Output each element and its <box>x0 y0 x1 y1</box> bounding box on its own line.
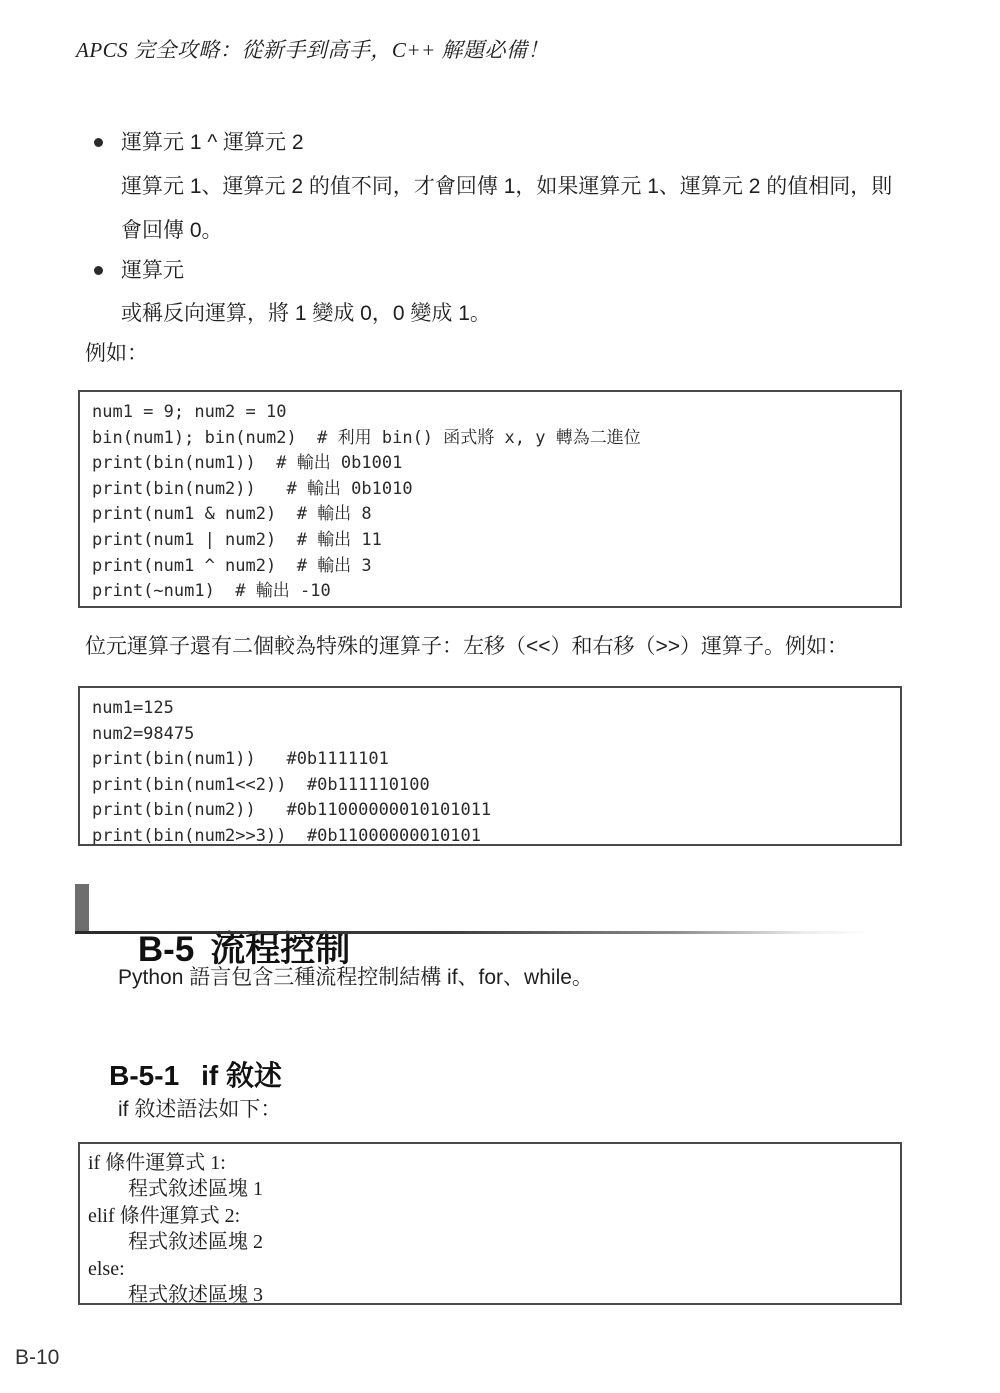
code-line: print(bin(num2>>3)) #0b11000000010101 <box>92 824 888 850</box>
code-line: 程式敘述區塊 1 <box>88 1176 890 1202</box>
code-line: num2=98475 <box>92 722 888 748</box>
section-heading-rule <box>75 931 903 934</box>
code-line: print(bin(num1)) # 輸出 0b1001 <box>92 451 888 477</box>
subsection-intro-paragraph: if 敘述語法如下： <box>118 1093 281 1123</box>
code-line: print(bin(num1<<2)) #0b111110100 <box>92 773 888 799</box>
section-heading: B-5流程控制 <box>99 882 350 1012</box>
running-head-title: APCS 完全攻略：從新手到高手，C++ 解題必備！ <box>76 34 549 64</box>
bullet-dot <box>94 138 103 147</box>
code-line: if 條件運算式 1: <box>88 1150 890 1176</box>
code-line: print(bin(num2)) # 輸出 0b1010 <box>92 477 888 503</box>
code-line: elif 條件運算式 2: <box>88 1203 890 1229</box>
shift-operators-paragraph: 位元運算子還有二個較為特殊的運算子：左移（<<）和右移（>>）運算子。例如： <box>85 630 848 660</box>
code-line: print(num1 | num2) # 輸出 11 <box>92 528 888 554</box>
code-line: print(bin(num1)) #0b1111101 <box>92 747 888 773</box>
subsection-title: if 敘述 <box>201 1060 282 1091</box>
code-line: 程式敘述區塊 2 <box>88 1229 890 1255</box>
code-line: num1=125 <box>92 696 888 722</box>
section-intro-paragraph: Python 語言包含三種流程控制結構 if、for、while。 <box>118 961 593 991</box>
bullet-2-label: 運算元 <box>121 254 184 284</box>
section-heading-bar <box>75 884 89 932</box>
code-line: print(~num1) # 輸出 -10 <box>92 579 888 605</box>
code-line: print(bin(num2)) #0b11000000010101011 <box>92 798 888 824</box>
code-line: print(num1 ^ num2) # 輸出 3 <box>92 554 888 580</box>
code-line: print(num1 & num2) # 輸出 8 <box>92 502 888 528</box>
bullet-1-text-line-2: 會回傳 0。 <box>121 214 223 244</box>
code-block-bitwise-operators: num1 = 9; num2 = 10 bin(num1); bin(num2)… <box>78 390 902 608</box>
example-label: 例如： <box>85 337 148 367</box>
code-block-shift-operators: num1=125 num2=98475 print(bin(num1)) #0b… <box>78 686 902 846</box>
book-page: APCS 完全攻略：從新手到高手，C++ 解題必備！ 運算元 1 ^ 運算元 2… <box>0 0 1000 1393</box>
bullet-1-label: 運算元 1 ^ 運算元 2 <box>121 126 304 156</box>
code-line: else: <box>88 1256 890 1282</box>
code-line: bin(num1); bin(num2) # 利用 bin() 函式將 x, y… <box>92 426 888 452</box>
page-number: B-10 <box>15 1346 59 1370</box>
code-block-if-syntax: if 條件運算式 1: 程式敘述區塊 1 elif 條件運算式 2: 程式敘述區… <box>78 1142 902 1305</box>
code-line: 程式敘述區塊 3 <box>88 1282 890 1308</box>
bullet-2-text-line-1: 或稱反向運算，將 1 變成 0，0 變成 1。 <box>121 297 491 327</box>
bullet-dot <box>94 266 103 275</box>
code-line: num1 = 9; num2 = 10 <box>92 400 888 426</box>
bullet-1-text-line-1: 運算元 1、運算元 2 的值不同，才會回傳 1，如果運算元 1、運算元 2 的值… <box>121 170 892 200</box>
subsection-number: B-5-1 <box>109 1060 179 1091</box>
